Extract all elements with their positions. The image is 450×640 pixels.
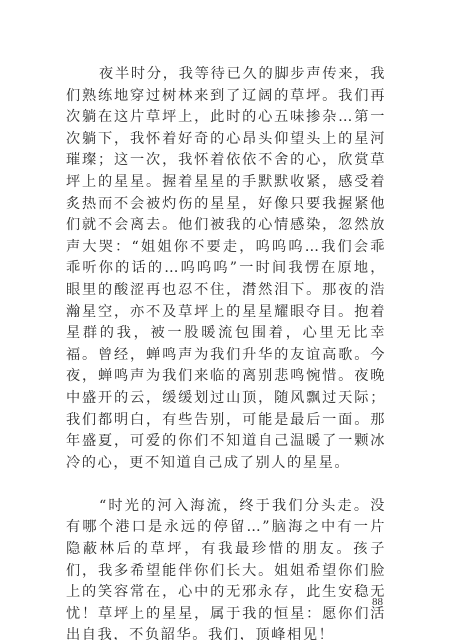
paragraph-1: 夜半时分，我等待已久的脚步声传来，我们熟练地穿过树林来到了辽阔的草坪。我们再次躺… <box>66 64 386 474</box>
body-text: 夜半时分，我等待已久的脚步声传来，我们熟练地穿过树林来到了辽阔的草坪。我们再次躺… <box>66 64 386 640</box>
document-page: 夜半时分，我等待已久的脚步声传来，我们熟练地穿过树林来到了辽阔的草坪。我们再次躺… <box>0 0 450 640</box>
page-number: 88 <box>372 596 383 608</box>
paragraph-2: “时光的河入海流，终于我们分头走。没有哪个港口是永远的停留…”脑海之中有一片隐蔽… <box>66 496 386 640</box>
